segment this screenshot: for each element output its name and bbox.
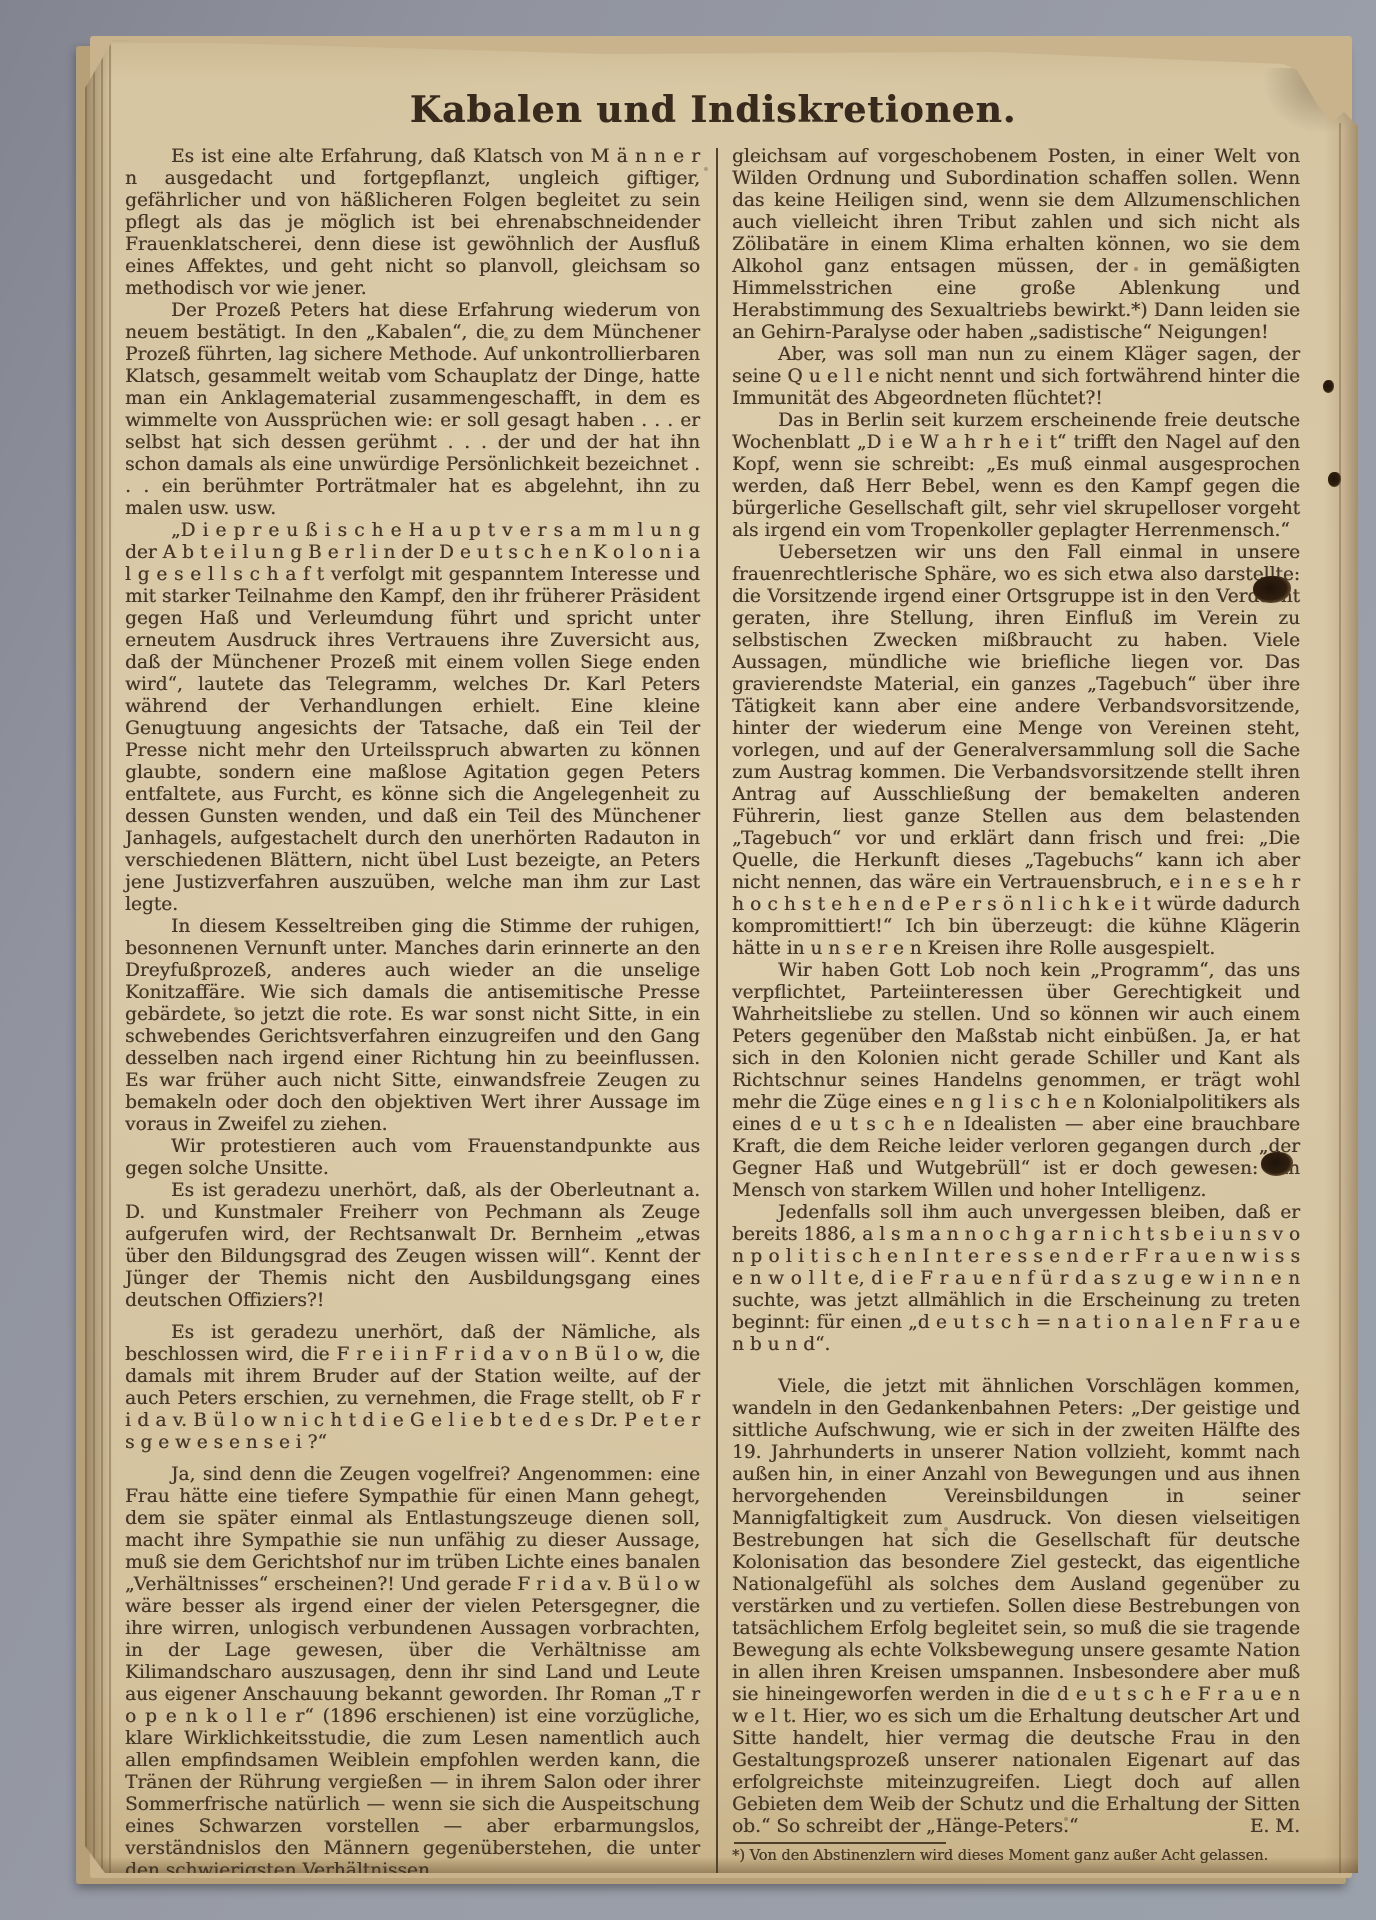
right-column-text: gleichsam auf vorgeschobenem Posten, in … [732, 146, 1300, 1838]
paper-left-edge [85, 28, 113, 1873]
right-column: gleichsam auf vorgeschobenem Posten, in … [732, 146, 1300, 1882]
paragraph: Jedenfalls soll ihm auch unvergessen ble… [732, 1202, 1300, 1356]
paragraph: In diesem Kesseltreiben ging die Stimme … [125, 916, 700, 1136]
paragraph: Ja, sind denn die Zeugen vogelfrei? Ange… [125, 1464, 700, 1882]
column-divider [716, 148, 718, 1882]
paragraph: Aber, was soll man nun zu einem Kläger s… [732, 344, 1300, 410]
article: Kabalen und Indiskretionen. Es ist eine … [125, 90, 1301, 1882]
left-column: Es ist eine alte Erfahrung, daß Klatsch … [125, 146, 700, 1882]
footnote-rule [734, 1842, 946, 1844]
newspaper-page: Kabalen und Indiskretionen. Es ist eine … [85, 28, 1358, 1873]
article-title: Kabalen und Indiskretionen. [125, 90, 1301, 130]
paper-fold-line [1339, 123, 1341, 1873]
paper-speckles [85, 28, 87, 30]
text-columns: Es ist eine alte Erfahrung, daß Klatsch … [125, 146, 1301, 1882]
paragraph: Der Prozeß Peters hat diese Erfahrung wi… [125, 300, 700, 520]
footnote-block: *) Von den Abstinenzlern wird dieses Mom… [732, 1842, 1300, 1865]
paragraph: Es ist geradezu unerhört, daß, als der O… [125, 1180, 700, 1312]
paragraph: Viele, die jetzt mit ähnlichen Vorschläg… [732, 1376, 1300, 1838]
paper-fold [1324, 28, 1358, 1873]
paragraph: Es ist geradezu unerhört, daß der Nämlic… [125, 1322, 700, 1454]
paragraph: „D i e p r e u ß i s c h e H a u p t v e… [125, 520, 700, 916]
paragraph: gleichsam auf vorgeschobenem Posten, in … [732, 146, 1300, 344]
paragraph: Es ist eine alte Erfahrung, daß Klatsch … [125, 146, 700, 300]
footnote: *) Von den Abstinenzlern wird dieses Mom… [732, 1848, 1300, 1865]
paragraph: Wir protestieren auch vom Frauenstandpun… [125, 1136, 700, 1180]
paragraph: Wir haben Gott Lob noch kein „Programm“,… [732, 960, 1300, 1202]
paragraph: Das in Berlin seit kurzem erscheinende f… [732, 410, 1300, 542]
author-initials: E. M. [1204, 1816, 1300, 1838]
scan-background: Kabalen und Indiskretionen. Es ist eine … [0, 0, 1376, 1920]
paragraph: Uebersetzen wir uns den Fall einmal in u… [732, 542, 1300, 960]
